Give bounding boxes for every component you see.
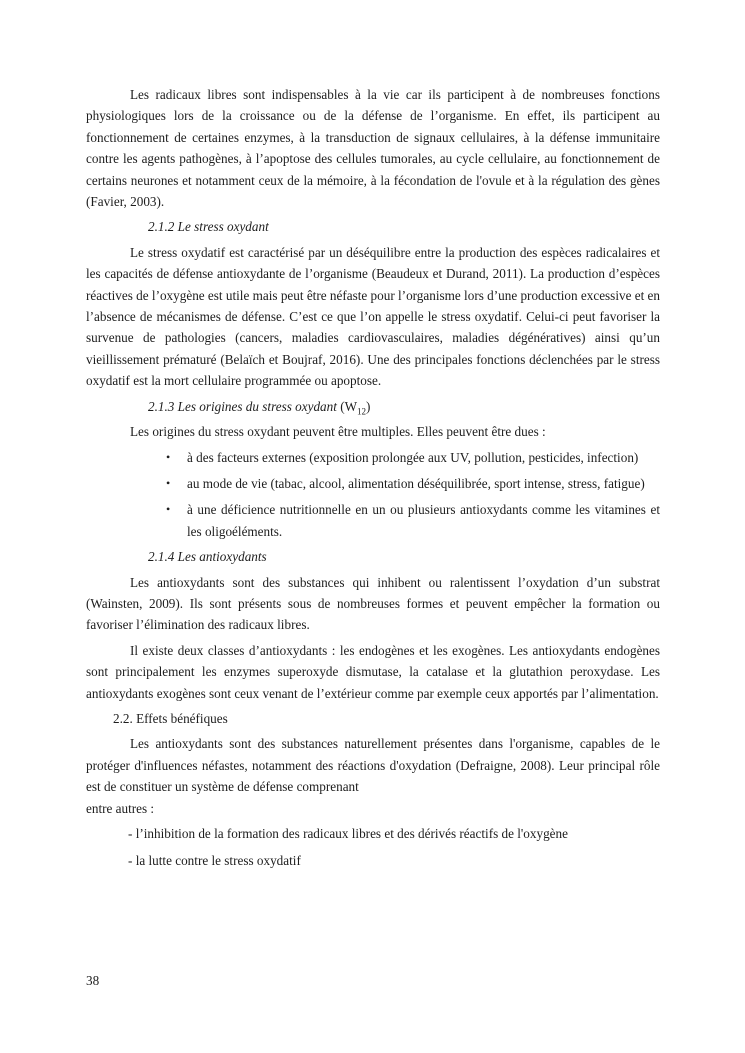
list-item-deficience-nutritionnelle: • à une déficience nutritionnelle en un … (187, 499, 660, 542)
list-item-text: à une déficience nutritionnelle en un ou… (187, 502, 660, 538)
list-item-mode-de-vie: • au mode de vie (tabac, alcool, aliment… (187, 473, 660, 494)
heading-2-1-3-ref-subscript: 12 (357, 406, 366, 416)
bullet-icon: • (166, 447, 170, 468)
dash-item-lutte-stress: - la lutte contre le stress oxydatif (128, 850, 660, 871)
document-page: Les radicaux libres sont indispensables … (0, 0, 745, 1053)
paragraph-stress-oxydatif: Le stress oxydatif est caractérisé par u… (86, 242, 660, 392)
heading-2-1-4-antioxydants: 2.1.4 Les antioxydants (148, 546, 660, 567)
heading-2-1-3-italic-text: 2.1.3 Les origines du stress oxydant (148, 399, 337, 414)
paragraph-antioxydants-definition: Les antioxydants sont des substances qui… (86, 572, 660, 636)
paragraph-radicaux-libres: Les radicaux libres sont indispensables … (86, 84, 660, 212)
heading-2-1-3-origines: 2.1.3 Les origines du stress oxydant (W1… (148, 396, 660, 417)
page-content: Les radicaux libres sont indispensables … (86, 84, 660, 878)
origins-bullet-list: • à des facteurs externes (exposition pr… (86, 447, 660, 543)
list-item-facteurs-externes: • à des facteurs externes (exposition pr… (187, 447, 660, 468)
list-item-text: au mode de vie (tabac, alcool, alimentat… (187, 476, 645, 491)
paragraph-origines-intro: Les origines du stress oxydant peuvent ê… (86, 421, 660, 442)
list-item-text: à des facteurs externes (exposition prol… (187, 450, 638, 465)
heading-2-1-2-stress-oxydant: 2.1.2 Le stress oxydant (148, 216, 660, 237)
paragraph-effets-benefiques: Les antioxydants sont des substances nat… (86, 733, 660, 797)
paragraph-deux-classes: Il existe deux classes d’antioxydants : … (86, 640, 660, 704)
page-number: 38 (86, 970, 99, 991)
heading-2-1-3-ref-close: ) (366, 399, 370, 414)
bullet-icon: • (166, 499, 170, 520)
dash-item-inhibition: - l’inhibition de la formation des radic… (128, 823, 660, 844)
heading-2-2-effets-benefiques: 2.2. Effets bénéfiques (113, 708, 660, 729)
heading-2-1-3-ref-open: (W (337, 399, 357, 414)
bullet-icon: • (166, 473, 170, 494)
paragraph-effets-benefiques-tail: entre autres : (86, 798, 660, 819)
